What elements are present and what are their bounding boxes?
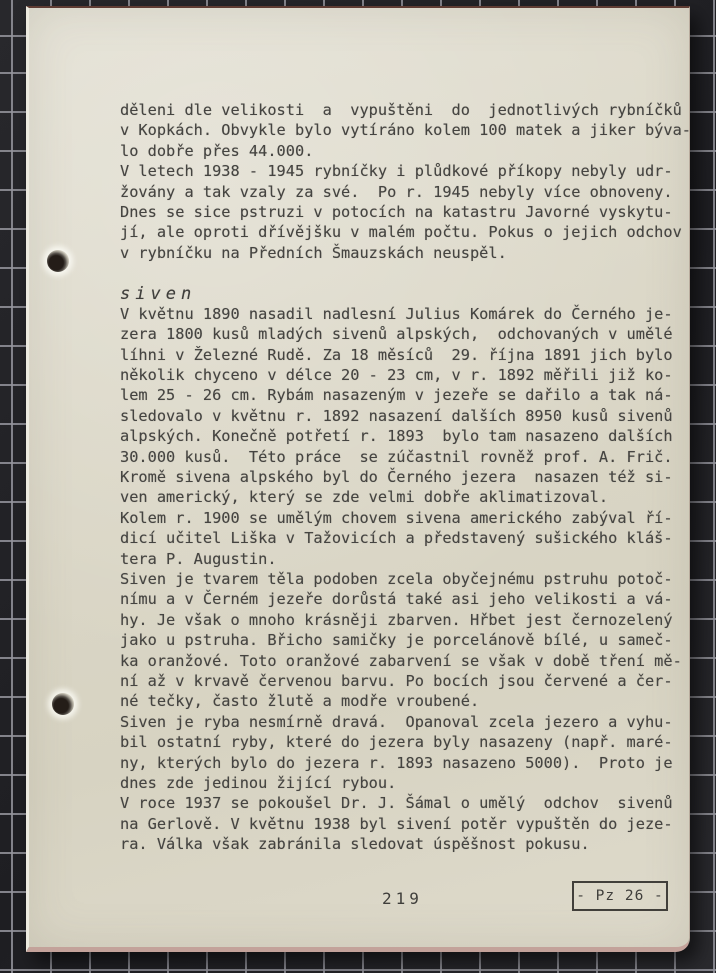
paragraph-1937-experiment: V roce 1937 se pokoušel Dr. J. Šámal o u… — [120, 793, 695, 854]
text-line: alpských. Konečně potřetí r. 1893 bylo t… — [120, 426, 695, 446]
text-line: né tečky, často žlutě a modře vroubené. — [120, 691, 695, 711]
text-line: tera P. Augustin. — [120, 549, 695, 569]
text-line: hy. Je však o mnoho krásněji zbarven. Hř… — [120, 610, 695, 630]
archive-stamp: - Pz 26 - — [572, 881, 668, 911]
text-line: ka oranžové. Toto oranžové zabarvení se … — [120, 651, 695, 671]
text-line: v Kopkách. Obvykle bylo vytíráno kolem 1… — [120, 120, 695, 140]
text-line: v rybníčku na Předních Šmauzskách neuspě… — [120, 243, 695, 263]
text-line: 30.000 kusů. Této práce se zúčastnil rov… — [120, 447, 695, 467]
page-number: 219 — [382, 888, 423, 910]
text-line: na Gerlově. V květnu 1938 byl sivení pot… — [120, 814, 695, 834]
paragraph-1900-breeding: Kolem r. 1900 se umělým chovem sivena am… — [120, 508, 695, 569]
text-line: lem 25 - 26 cm. Rybám nasazeným v jezeře… — [120, 385, 695, 405]
page-content: děleni dle velikosti a vypuštěni do jedn… — [120, 100, 695, 854]
text-line: děleni dle velikosti a vypuštěni do jedn… — [120, 100, 695, 120]
text-line: ven americký, který se zde velmi dobře a… — [120, 487, 695, 507]
document-page: děleni dle velikosti a vypuštěni do jedn… — [26, 6, 690, 952]
text-line: dnes zde jedinou žijící rybou. — [120, 773, 695, 793]
text-line: žovány a tak vzaly za své. Po r. 1945 ne… — [120, 182, 695, 202]
paragraph-ponds: děleni dle velikosti a vypuštěni do jedn… — [120, 100, 695, 161]
text-line: jako u pstruha. Břicho samičky je porcel… — [120, 630, 695, 650]
text-line: V roce 1937 se pokoušel Dr. J. Šámal o u… — [120, 793, 695, 813]
text-line: Kolem r. 1900 se umělým chovem sivena am… — [120, 508, 695, 528]
desk-background: { "document": { "language": "cs", "headi… — [0, 0, 716, 973]
text-line: ny, kterých bylo do jezera r. 1893 nasaz… — [120, 753, 695, 773]
text-line: V květnu 1890 nasadil nadlesní Julius Ko… — [120, 304, 695, 324]
punch-hole-bottom — [52, 693, 74, 715]
text-line: jí, ale oproti dřívějšku v malém počtu. … — [120, 222, 695, 242]
text-line: dicí učitel Liška v Tažovicích a předsta… — [120, 528, 695, 548]
text-line: Siven je ryba nesmírně dravá. Opanoval z… — [120, 712, 695, 732]
text-line: několik chyceno v délce 20 - 23 cm, v r.… — [120, 365, 695, 385]
text-line: ní až v krvavě červenou barvu. Po bocích… — [120, 671, 695, 691]
paragraph-1890-stocking: V květnu 1890 nasadil nadlesní Julius Ko… — [120, 304, 695, 508]
text-line: Kromě sivena alpského byl do Černého jez… — [120, 467, 695, 487]
text-line: Dnes se sice pstruzi v potocích na katas… — [120, 202, 695, 222]
section-heading-siven: siven — [120, 284, 695, 304]
text-line: líhni v Železné Rudě. Za 18 měsíců 29. ř… — [120, 345, 695, 365]
paragraph-trout-today: Dnes se sice pstruzi v potocích na katas… — [120, 202, 695, 263]
punch-hole-top — [47, 250, 69, 272]
text-line: ra. Válka však zabránila sledovat úspěšn… — [120, 834, 695, 854]
paragraph-1938-1945: V letech 1938 - 1945 rybníčky i plůdkové… — [120, 161, 695, 202]
text-line: bil ostatní ryby, které do jezera byly n… — [120, 732, 695, 752]
text-line: sledovalo v květnu r. 1892 nasazení dalš… — [120, 406, 695, 426]
text-line: nímu a v Černém jezeře dorůstá také asi … — [120, 589, 695, 609]
paragraph-description: Siven je tvarem těla podoben zcela obyče… — [120, 569, 695, 712]
text-line: lo dobře přes 44.000. — [120, 141, 695, 161]
text-line: zera 1800 kusů mladých sivenů alpských, … — [120, 324, 695, 344]
paragraph-predatory: Siven je ryba nesmírně dravá. Opanoval z… — [120, 712, 695, 794]
text-line: V letech 1938 - 1945 rybníčky i plůdkové… — [120, 161, 695, 181]
text-line: Siven je tvarem těla podoben zcela obyče… — [120, 569, 695, 589]
